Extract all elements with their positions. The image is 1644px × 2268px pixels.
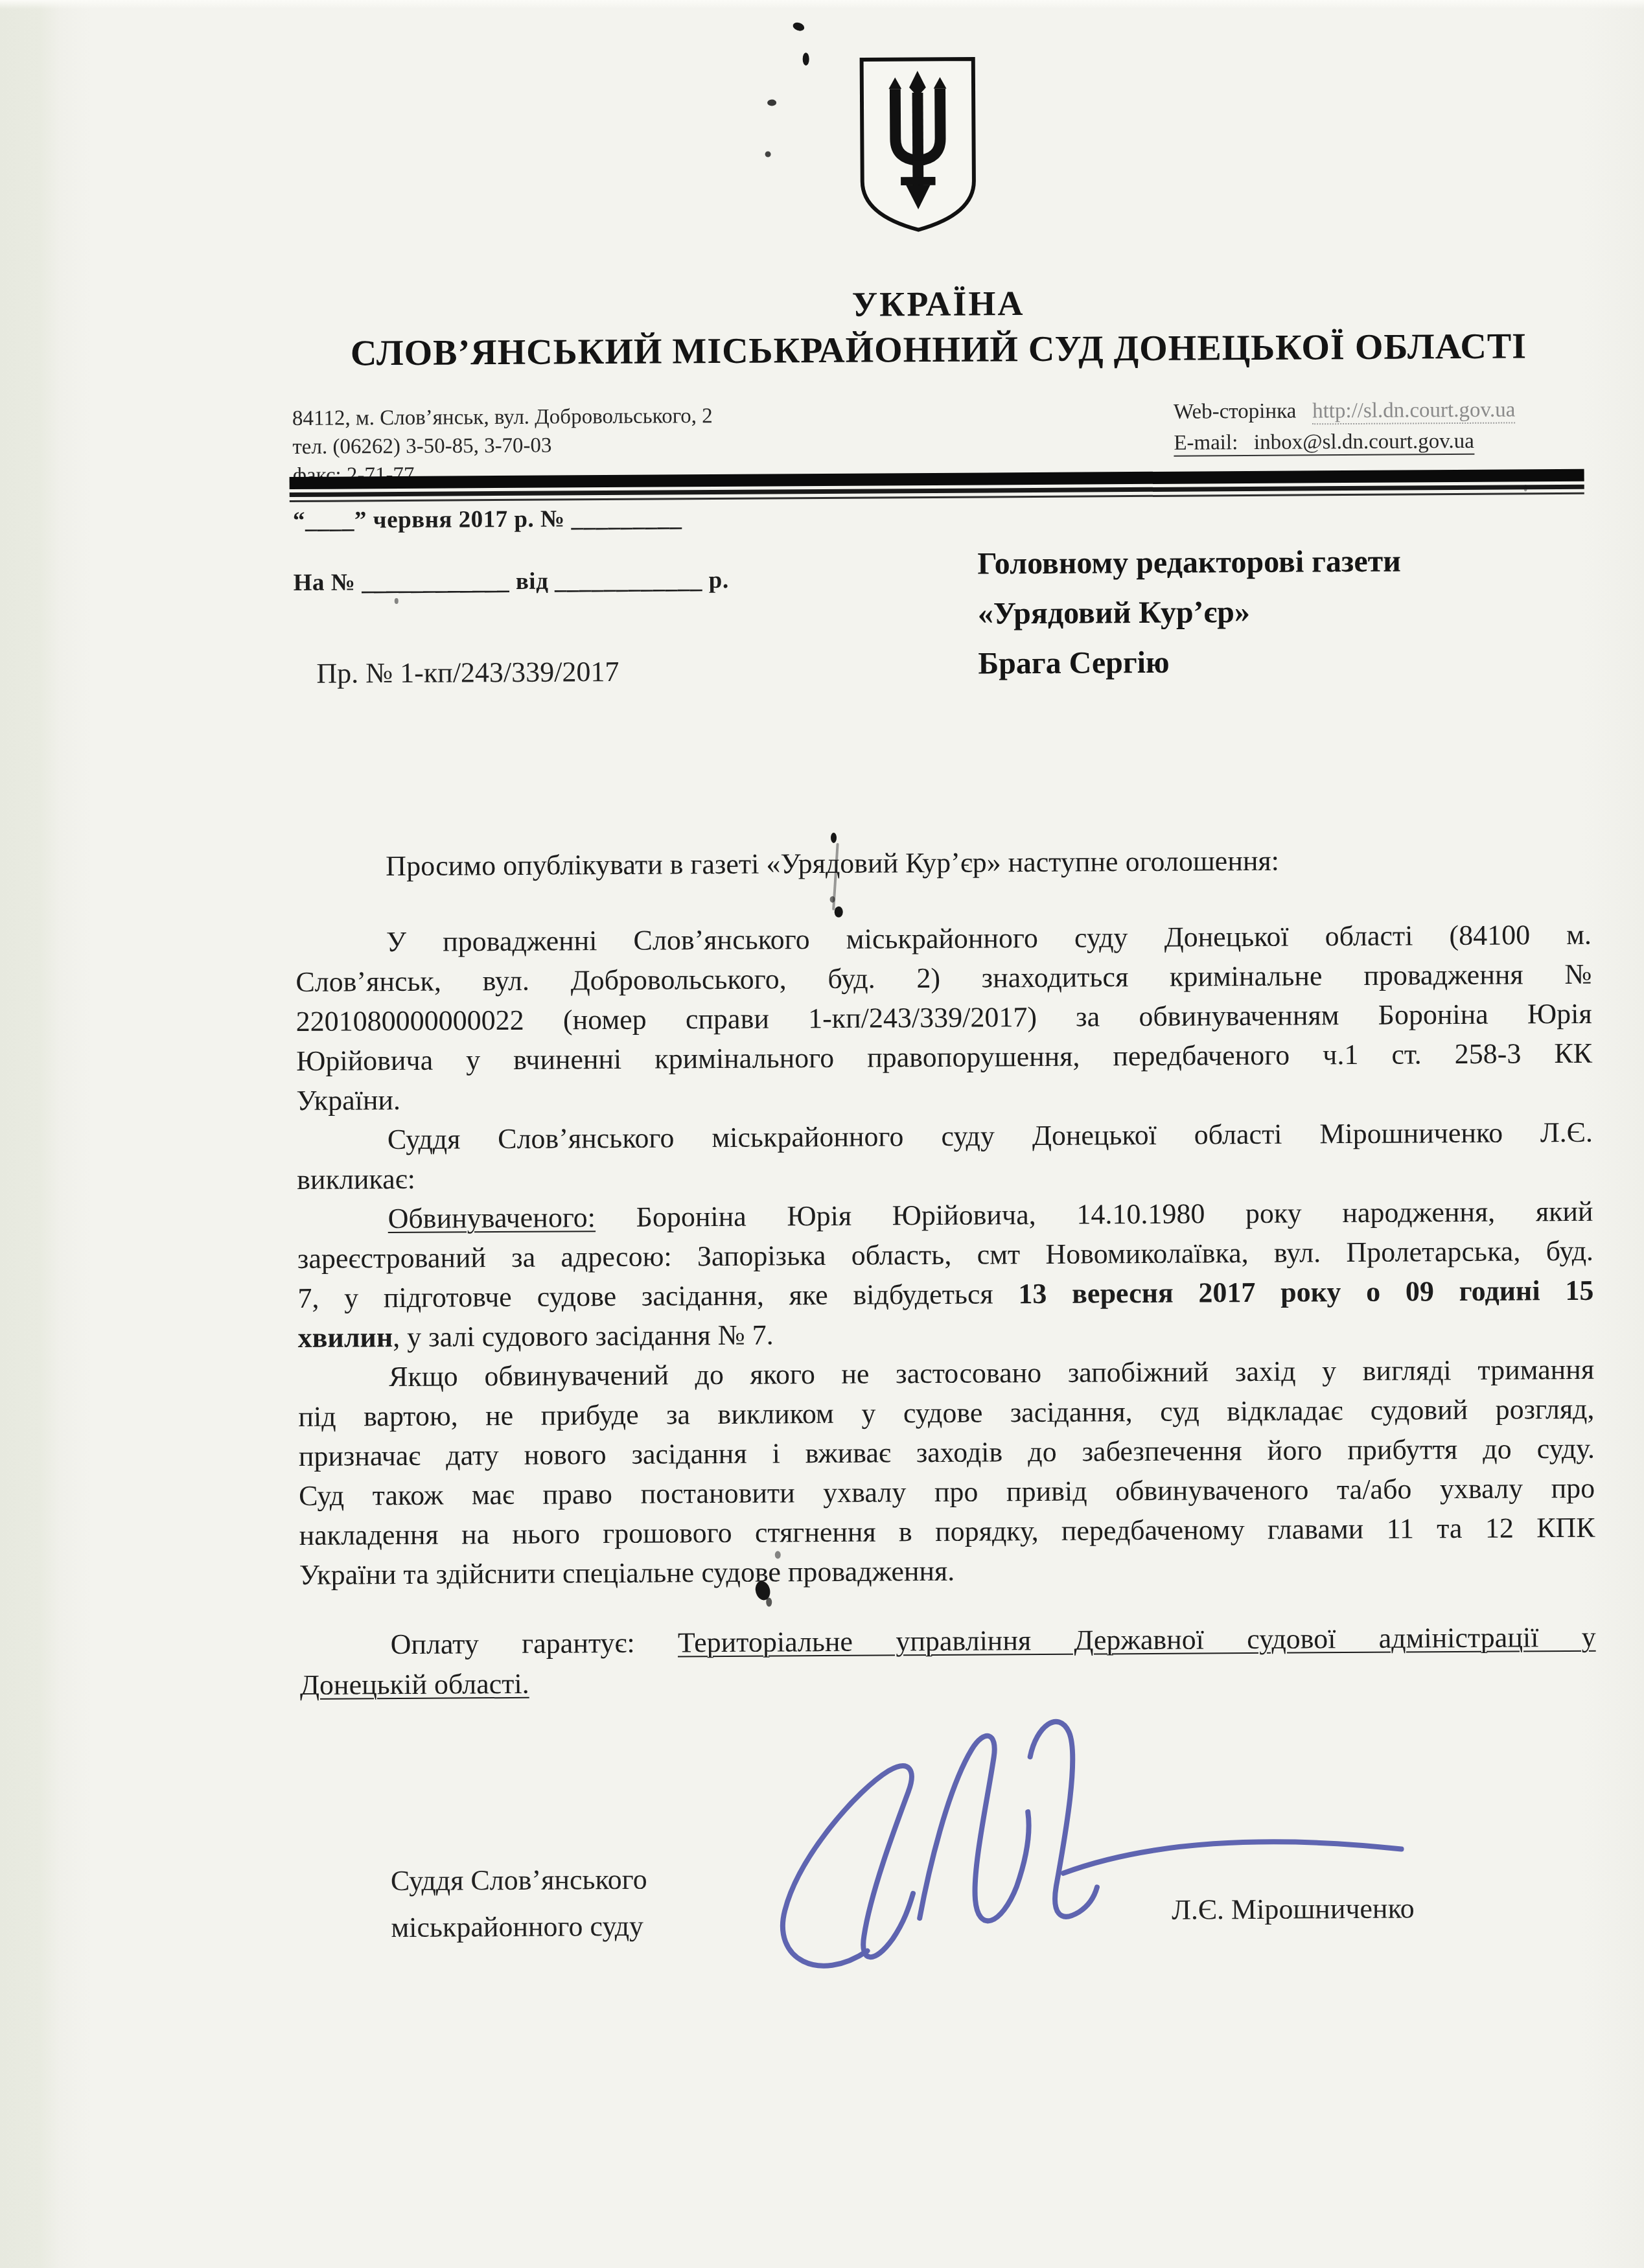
handwritten-signature — [733, 1676, 1422, 1985]
signer-title-line: міськрайонного суду — [391, 1903, 647, 1951]
text-line: 7, у підготовче судове засідання, яке ві… — [297, 1271, 1593, 1318]
ink-speck — [831, 833, 837, 843]
recipient-line: Брага Сергію — [978, 636, 1402, 689]
signer-title-block: Суддя Слов’янського міськрайонного суду — [391, 1857, 648, 1951]
recipient-block: Головному редакторові газети «Урядовий К… — [977, 537, 1402, 689]
country-title: УКРАЇНА — [292, 280, 1585, 328]
ink-speck — [1524, 485, 1527, 491]
reply-reference-line: На № ____________ від ____________ р. — [293, 566, 728, 597]
case-number: Пр. № 1-кп/243/339/2017 — [316, 655, 619, 690]
ink-speck — [830, 896, 835, 903]
outgoing-date-line: “____” червня 2017 р. № _________ — [293, 504, 682, 535]
announcement-body: У провадженні Слов’янського міськрайонно… — [295, 915, 1595, 1595]
request-intro-line: Просимо опублікувати в газеті «Урядовий … — [295, 842, 1591, 883]
court-address: 84112, м. Слов’янськ, вул. Добровольсько… — [292, 402, 713, 433]
recipient-line: Головному редакторові газети — [977, 537, 1401, 589]
signer-name: Л.Є. Мірошниченко — [1172, 1892, 1415, 1926]
ink-speck — [803, 52, 809, 65]
web-label: Web-сторінка — [1174, 400, 1297, 424]
ink-speck — [765, 151, 771, 157]
court-name-title: СЛОВ’ЯНСЬКИЙ МІСЬКРАЙОННИЙ СУД ДОНЕЦЬКОЇ… — [292, 325, 1585, 375]
ink-speck — [775, 1551, 781, 1558]
web-line: Web-сторінка http://sl.dn.court.gov.ua — [1174, 394, 1516, 427]
ink-speck — [835, 907, 843, 918]
web-url: http://sl.dn.court.gov.ua — [1312, 398, 1515, 424]
paragraph-indent — [295, 875, 386, 876]
text-line: Оплату гарантує: Територіальне управлінн… — [299, 1617, 1595, 1665]
letter-content: УКРАЇНА СЛОВ’ЯНСЬКИЙ МІСЬКРАЙОННИЙ СУД Д… — [0, 0, 1644, 2268]
email-address: inbox@sl.dn.court.gov.ua — [1254, 430, 1474, 454]
text-line: Юрійовича у вчиненні кримінального право… — [296, 1034, 1592, 1081]
signer-title-line: Суддя Слов’янського — [391, 1857, 647, 1904]
ukraine-trident-shield-icon — [857, 54, 980, 237]
court-online-block: Web-сторінка http://sl.dn.court.gov.ua E… — [1174, 394, 1516, 458]
ink-speck — [792, 21, 805, 32]
ink-speck — [395, 598, 399, 604]
text-line: України та здійснити спеціальне судове п… — [299, 1547, 1595, 1595]
email-line: E-mail: inbox@sl.dn.court.gov.ua — [1174, 425, 1516, 458]
text-line: Суддя Слов’янського міськрайонного суду … — [297, 1113, 1593, 1160]
signature-strokes — [781, 1720, 1402, 1966]
court-phone: тел. (06262) 3-50-85, 3-70-03 — [292, 430, 713, 461]
ink-speck — [767, 99, 776, 106]
email-label: E-mail: — [1174, 431, 1238, 455]
scanned-letter-page: УКРАЇНА СЛОВ’ЯНСЬКИЙ МІСЬКРАЙОННИЙ СУД Д… — [0, 0, 1644, 2268]
ink-speck — [766, 1598, 772, 1607]
recipient-line: «Урядовий Кур’єр» — [978, 586, 1402, 639]
text-line: накладення на нього грошового стягнення … — [299, 1508, 1595, 1555]
